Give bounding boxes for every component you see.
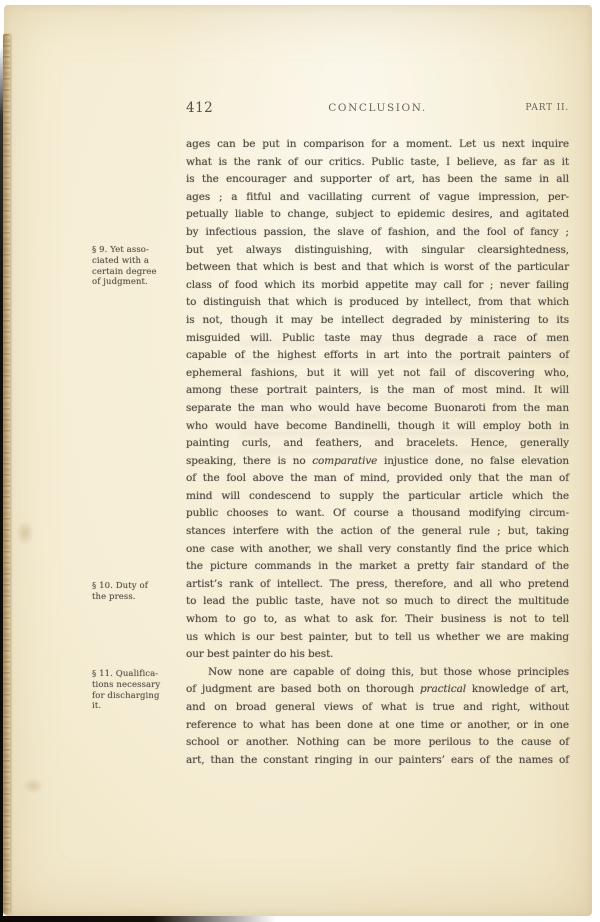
italic-text: practical — [420, 683, 466, 695]
text-segment: mind will condescend to supply the parti… — [186, 490, 569, 502]
text-line: ages can be put in comparison for a mome… — [186, 136, 569, 154]
text-line: speaking, there is no comparative injust… — [186, 453, 569, 471]
text-segment: one case with another, we shall very con… — [186, 543, 569, 555]
text-segment: what is the rank of our critics. Public … — [186, 156, 569, 168]
text-line: artist’s rank of intellect. The press, t… — [186, 576, 569, 594]
text-segment: painting curls, and feathers, and bracel… — [186, 437, 569, 449]
text-line: whom to go to, as what to ask for. Their… — [186, 611, 569, 629]
text-line: our best painter do his best. — [186, 646, 569, 664]
text-line: the picture commands in the market a pre… — [186, 558, 569, 576]
text-line: between that which is best and that whic… — [186, 259, 569, 277]
text-line: to lead the public taste, have not so mu… — [186, 593, 569, 611]
text-line: art, than the constant ringing in our pa… — [186, 752, 569, 770]
text-line: stances interfere with the action of the… — [186, 523, 569, 541]
text-line: is the encourager and supporter of art, … — [186, 171, 569, 189]
text-line: of the fool above the man of mind, provi… — [186, 470, 569, 488]
text-segment: Now none are capable of doing this, but … — [208, 666, 569, 678]
text-line: who would have become Bandinelli, though… — [186, 418, 569, 436]
text-segment: artist’s rank of intellect. The press, t… — [186, 578, 569, 590]
text-line: ages ; a fitful and vacillating current … — [186, 189, 569, 207]
text-line: public chooses to want. Of course a thou… — [186, 505, 569, 523]
body-text: ages can be put in comparison for a mome… — [186, 136, 569, 769]
text-segment: misguided will. Public taste may thus de… — [186, 332, 569, 344]
text-line: among these portrait painters, is the ma… — [186, 382, 569, 400]
text-line: capable of the highest efforts in art in… — [186, 347, 569, 365]
text-segment: is the encourager and supporter of art, … — [186, 173, 569, 185]
text-segment: whom to go to, as what to ask for. Their… — [186, 613, 569, 625]
text-line: of judgment are based both on thorough p… — [186, 681, 569, 699]
text-line: but yet always distinguishing, with sing… — [186, 242, 569, 260]
text-line: and on broad general views of what is tr… — [186, 699, 569, 717]
margin-note: § 10. Duty ofthe press. — [92, 581, 184, 603]
text-line: school or another. Nothing can be more p… — [186, 734, 569, 752]
text-line: us which is our best painter, but to tel… — [186, 629, 569, 647]
text-segment: ages can be put in comparison for a mome… — [186, 138, 569, 150]
margin-note-line: certain degree — [92, 267, 184, 278]
text-segment: public chooses to want. Of course a thou… — [186, 507, 569, 519]
text-segment: the picture commands in the market a pre… — [186, 560, 569, 572]
text-segment: capable of the highest efforts in art in… — [186, 349, 569, 361]
text-segment: our best painter do his best. — [186, 648, 333, 660]
text-segment: ages ; a fitful and vacillating current … — [186, 191, 569, 203]
text-segment: and on broad general views of what is tr… — [186, 701, 569, 713]
margin-note-line: tions necessary — [92, 680, 184, 691]
text-segment: who would have become Bandinelli, though… — [186, 420, 569, 432]
text-line: by infectious passion, the slave of fash… — [186, 224, 569, 242]
margin-note-line: it. — [92, 701, 184, 712]
running-title: CONCLUSION. — [328, 102, 427, 114]
text-segment: to lead the public taste, have not so mu… — [186, 595, 569, 607]
margin-note-line: for discharging — [92, 691, 184, 702]
text-segment: but yet always distinguishing, with sing… — [186, 244, 569, 256]
text-line: misguided will. Public taste may thus de… — [186, 330, 569, 348]
text-segment: reference to what has been done at one t… — [186, 719, 569, 731]
italic-text: comparative — [312, 455, 377, 467]
text-segment: among these portrait painters, is the ma… — [186, 384, 569, 396]
text-line: to distinguish that which is produced by… — [186, 294, 569, 312]
text-segment: class of food which its morbid appetite … — [186, 279, 569, 291]
text-line: mind will condescend to supply the parti… — [186, 488, 569, 506]
text-segment: is not, though it may be intellect degra… — [186, 314, 569, 326]
text-line: painting curls, and feathers, and bracel… — [186, 435, 569, 453]
margin-note-line: of judgment. — [92, 277, 184, 288]
text-segment: by infectious passion, the slave of fash… — [186, 226, 569, 238]
text-segment: of the fool above the man of mind, provi… — [186, 472, 569, 484]
text-line: separate the man who would have become B… — [186, 400, 569, 418]
page-header: 412 CONCLUSION. PART II. — [186, 100, 569, 116]
text-line: what is the rank of our critics. Public … — [186, 154, 569, 172]
text-segment: of judgment are based both on thorough — [186, 683, 420, 695]
text-segment: between that which is best and that whic… — [186, 261, 569, 273]
margin-notes: § 9. Yet asso-ciated with acertain degre… — [0, 0, 186, 922]
page-number: 412 — [186, 100, 213, 116]
part-label: PART II. — [525, 103, 569, 113]
text-segment: us which is our best painter, but to tel… — [186, 631, 569, 643]
scanned-book-page: 412 CONCLUSION. PART II. § 9. Yet asso-c… — [0, 0, 600, 922]
text-segment: school or another. Nothing can be more p… — [186, 736, 569, 748]
margin-note-line: § 9. Yet asso- — [92, 245, 184, 256]
text-segment: injustice done, no false elevation — [377, 455, 569, 467]
text-segment: speaking, there is no — [186, 455, 312, 467]
text-line: is not, though it may be intellect degra… — [186, 312, 569, 330]
text-line: reference to what has been done at one t… — [186, 717, 569, 735]
text-line: Now none are capable of doing this, but … — [186, 664, 569, 682]
text-segment: knowledge of art, — [466, 683, 569, 695]
margin-note-line: § 10. Duty of — [92, 581, 184, 592]
text-line: petually liable to change, subject to ep… — [186, 206, 569, 224]
margin-note-line: § 11. Qualifica- — [92, 669, 184, 680]
margin-note: § 9. Yet asso-ciated with acertain degre… — [92, 245, 184, 288]
margin-note-line: ciated with a — [92, 256, 184, 267]
text-segment: stances interfere with the action of the… — [186, 525, 569, 537]
margin-note-line: the press. — [92, 592, 184, 603]
text-segment: petually liable to change, subject to ep… — [186, 208, 569, 220]
text-segment: ephemeral fashions, but it will yet not … — [186, 367, 569, 379]
text-line: one case with another, we shall very con… — [186, 541, 569, 559]
text-segment: art, than the constant ringing in our pa… — [186, 754, 569, 766]
text-segment: separate the man who would have become B… — [186, 402, 569, 414]
text-segment: to distinguish that which is produced by… — [186, 296, 569, 308]
margin-note: § 11. Qualifica-tions necessaryfor disch… — [92, 669, 184, 712]
text-line: ephemeral fashions, but it will yet not … — [186, 365, 569, 383]
text-line: class of food which its morbid appetite … — [186, 277, 569, 295]
